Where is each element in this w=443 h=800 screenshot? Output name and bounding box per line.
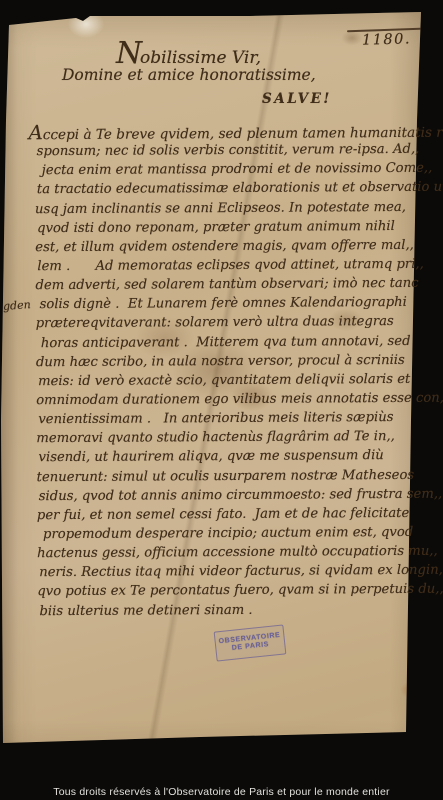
manuscript-line: visendi, ut haurirem aliqva, qvæ me susp… <box>38 446 421 467</box>
manuscript-line: neris. Rectius itaq mihi videor facturus… <box>39 561 422 582</box>
margin-note: gden <box>3 298 32 313</box>
manuscript-line: usq jam inclinantis se anni Eclipseos. I… <box>35 197 420 218</box>
manuscript-line: ta tractatio edecumatissimæ elaborationi… <box>37 178 420 199</box>
manuscript-line: jecta enim erat mantissa prodromi et de … <box>42 159 420 180</box>
manuscript-line: Accepi à Te breve qvidem, sed plenum tam… <box>28 121 419 143</box>
manuscript-line: hactenus gessi, officium accessione mult… <box>37 542 422 563</box>
manuscript-line: per fui, et non semel cessi fato. Jam et… <box>37 504 422 525</box>
manuscript-line: memoravi qvanto studio hactenùs flagrâri… <box>36 427 421 448</box>
folio-number: 1180. <box>362 31 411 48</box>
salutation-line-3: SALVE! <box>262 91 332 107</box>
copyright-text: Tous droits réservés à l'Observatoire de… <box>53 786 389 798</box>
manuscript-line: sponsum; nec id solis verbis constitit, … <box>37 140 420 161</box>
manuscript-line: lem . Ad memoratas eclipses qvod attinet… <box>37 255 420 276</box>
copyright-bar: Tous droits réservés à l'Observatoire de… <box>0 784 443 800</box>
letter-body: Accepi à Te breve qvidem, sed plenum tam… <box>34 121 422 621</box>
manuscript-line: qvod isti dono reponam, præter gratum an… <box>37 217 420 238</box>
manuscript-line: tenuerunt: simul ut oculis usurparem nos… <box>37 465 422 486</box>
manuscript-line: meis: id verò exactè scio, qvantitatem d… <box>38 370 421 391</box>
manuscript-line: qvo potius ex Te percontatus fuero, qvam… <box>37 580 422 601</box>
manuscript-line: biis ulterius me detineri sinam . <box>39 599 422 620</box>
manuscript-line: omnimodam durationem ego vilibus meis an… <box>36 389 421 410</box>
manuscript-scan: 1180. Nobilissime Vir, Domine et amice h… <box>0 0 443 800</box>
manuscript-line: est, et illum qvidem ostendere magis, qv… <box>35 236 420 257</box>
manuscript-line: dem adverti, sed solarem tantùm observar… <box>35 274 420 295</box>
manuscript-line: propemodum desperare incipio; auctum eni… <box>43 523 422 544</box>
manuscript-line: horas anticipaverant . Mitterem qva tum … <box>41 331 421 352</box>
manuscript-line: dum hæc scribo, in aula nostra versor, p… <box>36 351 421 372</box>
manuscript-line: venientissimam . In anterioribus meis li… <box>38 408 421 429</box>
manuscript-line: solis dignè . Et Lunarem ferè omnes Kale… <box>40 293 421 314</box>
manuscript-line: sidus, qvod tot annis animo circummoesto… <box>39 484 422 505</box>
salutation-line-2: Domine et amice honoratissime, <box>62 66 316 84</box>
manuscript-line: prætereqvitaverant: solarem verò ultra d… <box>36 312 421 333</box>
